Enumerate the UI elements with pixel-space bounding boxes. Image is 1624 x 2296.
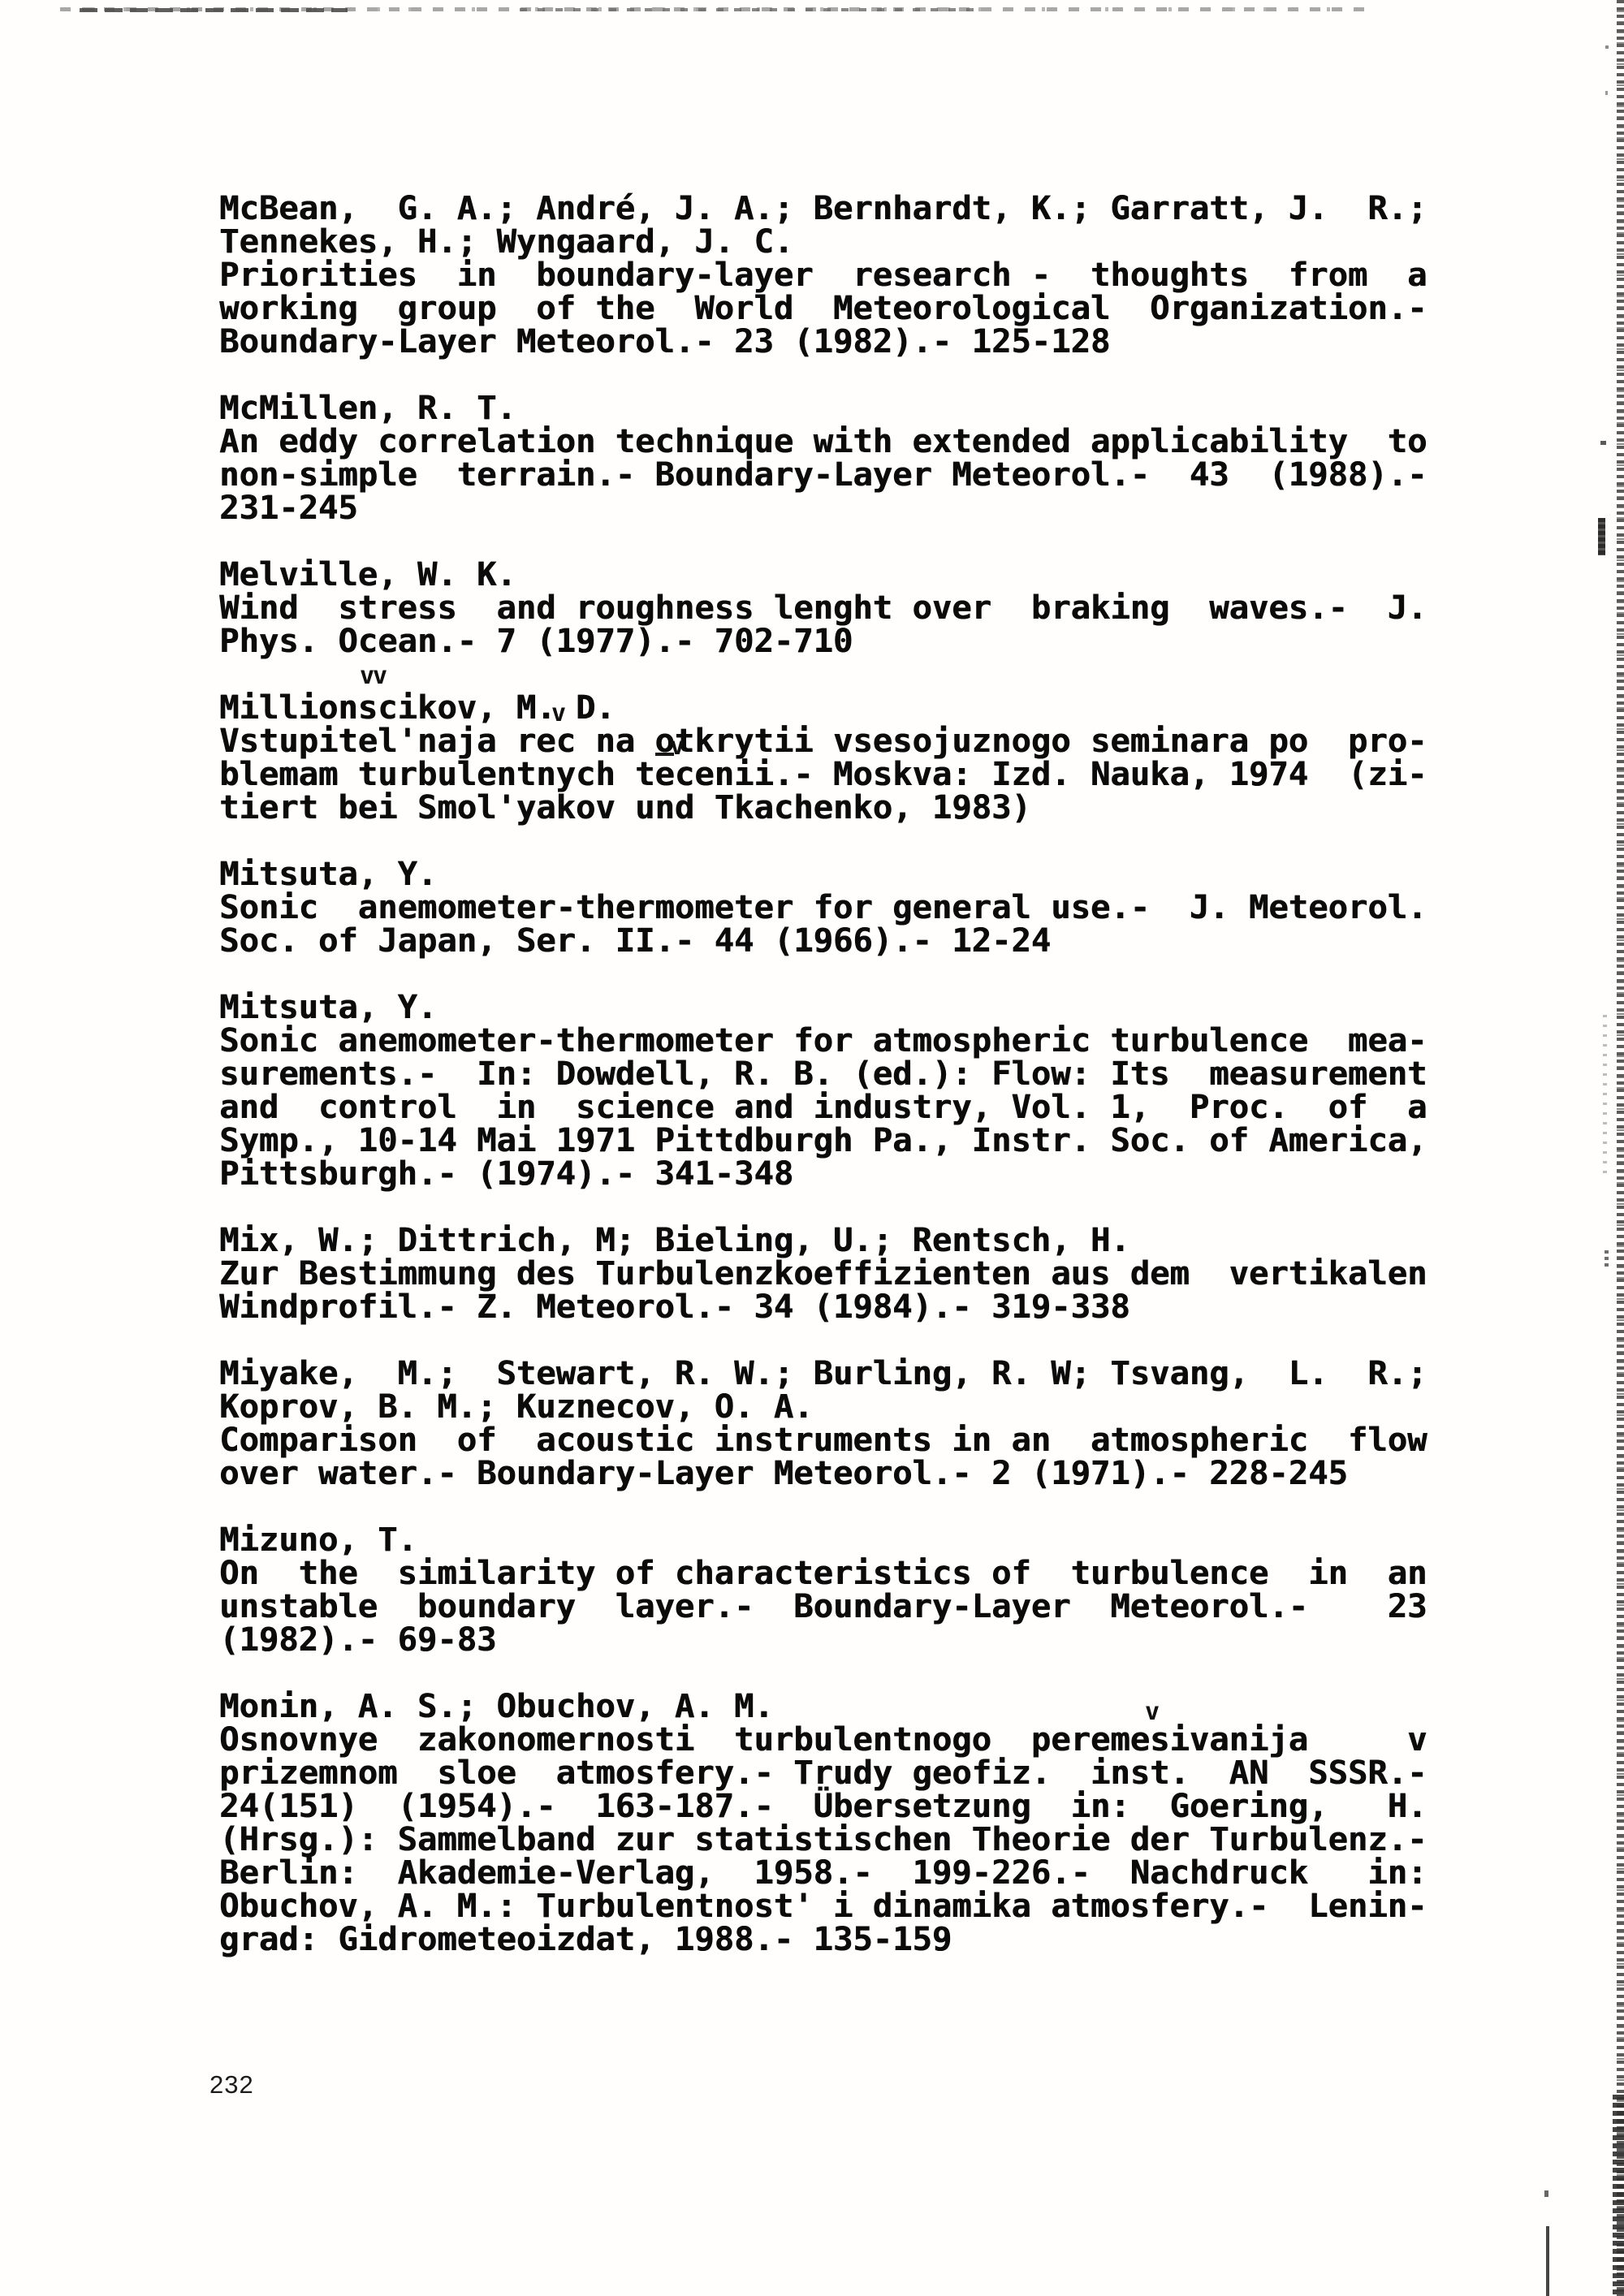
scan-speck <box>1603 1015 1607 1177</box>
scan-artifact-top-edge-mid <box>520 8 974 11</box>
scan-artifact-top-edge-dark <box>80 8 348 12</box>
bibliography-entry: Mix, W.; Dittrich, M; Bieling, U.; Rents… <box>219 1224 1453 1323</box>
scan-artifact-right-edge <box>1617 0 1624 2296</box>
page-number: 232 <box>209 2072 254 2097</box>
scan-speck <box>1546 2226 1549 2296</box>
bibliography-entry: McBean, G. A.; André, J. A.; Bernhardt, … <box>219 192 1453 358</box>
handwritten-hacek-marks: vv <box>360 664 386 688</box>
scan-artifact-top-edge <box>60 7 1376 11</box>
scan-speck <box>1605 1250 1609 1268</box>
scan-artifact-right-edge-bottom <box>1613 2095 1624 2296</box>
bibliography-entry: Mitsuta, Y. Sonic anemometer-thermometer… <box>219 857 1453 957</box>
bibliography: McBean, G. A.; André, J. A.; Bernhardt, … <box>219 192 1453 1989</box>
bibliography-entry: Miyake, M.; Stewart, R. W.; Burling, R. … <box>219 1357 1453 1490</box>
underline-mark <box>655 753 674 756</box>
bibliography-entry: Melville, W. K. Wind stress and roughnes… <box>219 558 1453 658</box>
scan-speck <box>1605 91 1608 95</box>
scan-speck <box>1598 518 1605 555</box>
bibliography-entry: McMillen, R. T. An eddy correlation tech… <box>219 391 1453 524</box>
bibliography-entry: Mitsuta, Y. Sonic anemometer-thermometer… <box>219 990 1453 1190</box>
handwritten-hacek-mark: v <box>551 701 564 726</box>
scan-speck <box>1605 45 1609 49</box>
scan-speck <box>1600 441 1606 445</box>
handwritten-hacek-mark: v <box>1145 1700 1158 1724</box>
scan-speck <box>1544 2190 1548 2197</box>
bibliography-entry: Monin, A. S.; Obuchov, A. M. Osnovnye za… <box>219 1690 1453 1956</box>
scanned-page: McBean, G. A.; André, J. A.; Bernhardt, … <box>0 0 1624 2296</box>
bibliography-entry: Mizuno, T. On the similarity of characte… <box>219 1523 1453 1656</box>
bibliography-entry: Millionscikov, M. D. Vstupitel'naja rec … <box>219 691 1453 824</box>
